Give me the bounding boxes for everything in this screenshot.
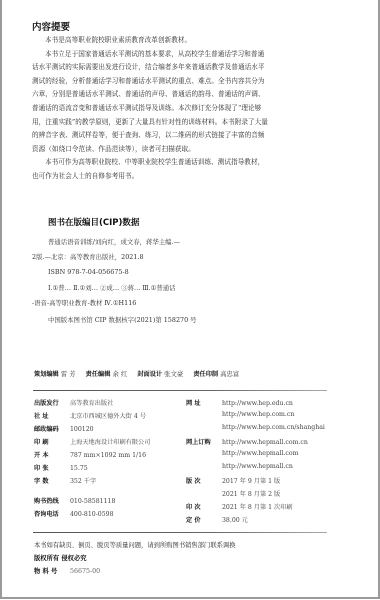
info-label: 出版发行 bbox=[34, 398, 70, 407]
info-label: 版 次 bbox=[186, 476, 222, 485]
editor-role: 策划编辑 bbox=[34, 371, 59, 378]
cip-line: Ⅰ.①普… Ⅱ.①刘… ②成… ③蒋… Ⅲ.①普通话 bbox=[32, 281, 332, 296]
info-label: 社 址 bbox=[34, 411, 70, 420]
website-link[interactable]: http://www.hep.com.cn/shanghai bbox=[222, 424, 325, 431]
price-value: 38.00 元 bbox=[222, 517, 248, 524]
info-label: 印 刷 bbox=[34, 437, 70, 446]
cip-line: 2版.—北京：高等教育出版社，2021.8 bbox=[32, 250, 332, 265]
info-label: 网 址 bbox=[186, 398, 222, 407]
info-value: 787 mm×1092 mm 1/16 bbox=[70, 452, 146, 459]
website-link[interactable]: http://www.hep.com.cn bbox=[222, 411, 294, 418]
material-number: 物 料 号56675-00 bbox=[34, 566, 100, 575]
summary-paragraph: 本书是高等职业院校职业素质教育改革创新教材。 bbox=[32, 34, 268, 48]
info-label: 开 本 bbox=[34, 450, 70, 459]
editor-name: 余 红 bbox=[112, 370, 127, 378]
order-link[interactable]: http://www.hepmall.com.cn bbox=[222, 439, 308, 446]
info-label: 定 价 bbox=[186, 515, 222, 524]
editor-name: 张文豪 bbox=[164, 370, 183, 378]
editor-role: 责任印制 bbox=[193, 371, 218, 378]
info-value: 010-58581118 bbox=[70, 498, 115, 505]
cip-number: 中国版本图书馆 CIP 数据核字(2021)第 158270 号 bbox=[32, 313, 332, 328]
info-value: 北京市西城区德外大街 4 号 bbox=[70, 413, 146, 420]
info-value: 400-810-0598 bbox=[70, 511, 114, 518]
publication-info-right: 网 址http://www.hep.edu.cn http://www.hep.… bbox=[186, 398, 336, 528]
cip-line: -语音-高等职业教育-教材 Ⅳ.①H116 bbox=[32, 296, 332, 311]
copyright-line: 版权所有 侵权必究 bbox=[34, 553, 87, 562]
info-value: 2021 年 8 月第 1 次印刷 bbox=[222, 504, 293, 511]
cip-line: 普通话语音训练/刘向红，成文春，蒋华主编.— bbox=[32, 235, 332, 250]
info-value: 2021 年 8 月第 2 版 bbox=[222, 491, 280, 498]
material-value: 56675-00 bbox=[70, 568, 100, 575]
info-value: 上海天地海设计印刷有限公司 bbox=[70, 439, 150, 446]
divider-top bbox=[33, 390, 327, 391]
divider-bottom bbox=[33, 532, 327, 533]
info-value: 352 千字 bbox=[70, 478, 96, 485]
copyright-text: 版权所有 侵权必究 bbox=[34, 555, 87, 562]
publication-info-left: 出版发行高等教育出版社 社 址北京市西城区德外大街 4 号 邮政编码100120… bbox=[34, 398, 184, 528]
cip-title: 图书在版编目(CIP)数据 bbox=[48, 216, 139, 228]
order-link[interactable]: http://www.hepmall.cn bbox=[222, 463, 293, 470]
cip-block: 普通话语音训练/刘向红，成文春，蒋华主编.— 2版.—北京：高等教育出版社，20… bbox=[32, 235, 332, 328]
info-label: 邮政编码 bbox=[34, 424, 70, 433]
info-value: 100120 bbox=[70, 426, 94, 433]
info-value: 高等教育出版社 bbox=[70, 400, 113, 407]
info-label: 咨询电话 bbox=[34, 509, 70, 518]
info-value: 15.75 bbox=[70, 465, 88, 472]
cip-isbn: ISBN 978-7-04-056675-8 bbox=[32, 265, 332, 280]
summary-paragraph: 本书可作为高等职业院校、中等职业院校学生普通话训练、测试指导教材，也可作为社会人… bbox=[32, 156, 268, 183]
website-link[interactable]: http://www.hep.edu.cn bbox=[222, 400, 293, 407]
info-label: 印 张 bbox=[34, 463, 70, 472]
info-label: 印 次 bbox=[186, 502, 222, 511]
editor-role: 封面设计 bbox=[137, 371, 162, 378]
editor-name: 雷 芳 bbox=[61, 370, 76, 378]
order-link[interactable]: http://www.hepmall.com bbox=[222, 450, 298, 457]
quality-notice: 本书如有缺页、倒页、脱页等质量问题，请到所购图书销售部门联系调换 bbox=[34, 540, 236, 549]
info-label: 字 数 bbox=[34, 476, 70, 485]
info-label: 购书热线 bbox=[34, 496, 70, 505]
editors-line: 策划编辑 雷 芳 责任编辑 余 红 封面设计 张文豪 责任印制 高忠富 bbox=[34, 369, 247, 378]
summary-paragraph: 本书立足于国家普通话水平测试的基本要求，从高校学生普通话学习和普通话水平测试的实… bbox=[32, 48, 268, 157]
editor-name: 高忠富 bbox=[220, 370, 239, 378]
info-label: 网上订购 bbox=[186, 437, 222, 446]
summary-title: 内容提要 bbox=[32, 19, 70, 33]
info-value: 2017 年 9 月第 1 版 bbox=[222, 478, 280, 485]
summary-body: 本书是高等职业院校职业素质教育改革创新教材。 本书立足于国家普通话水平测试的基本… bbox=[32, 34, 268, 184]
material-label: 物 料 号 bbox=[34, 566, 70, 575]
editor-role: 责任编辑 bbox=[86, 371, 111, 378]
